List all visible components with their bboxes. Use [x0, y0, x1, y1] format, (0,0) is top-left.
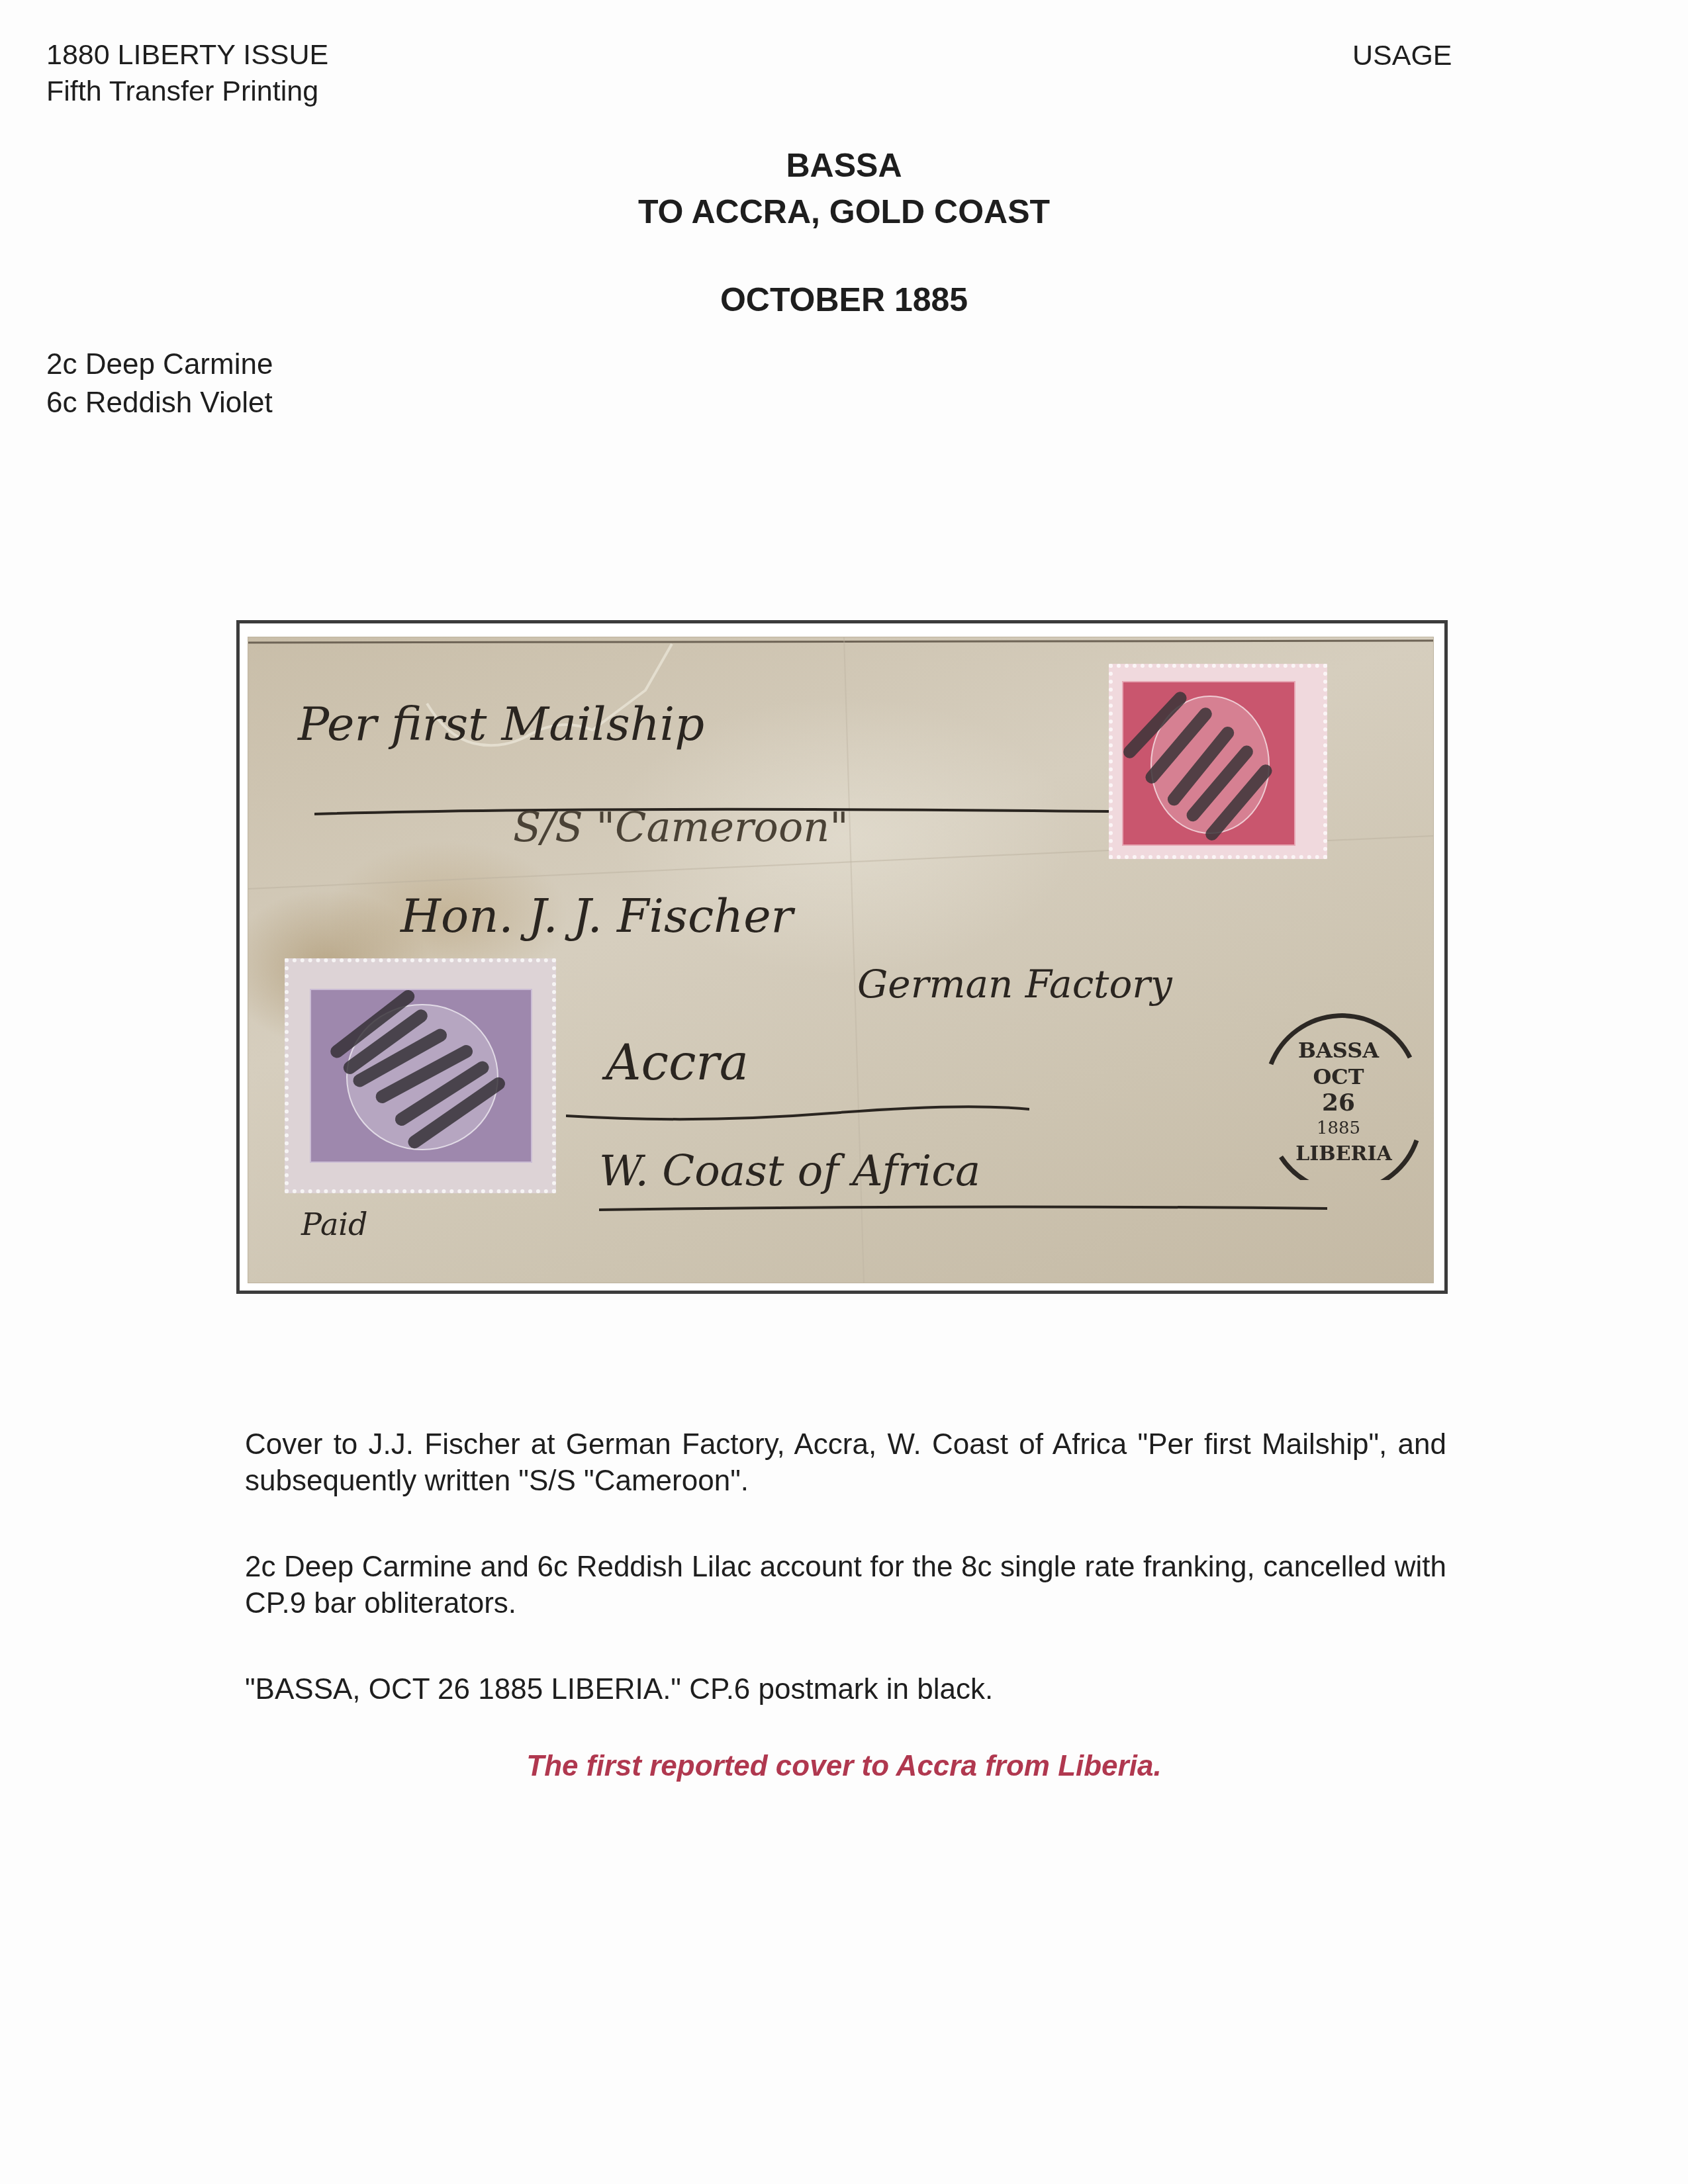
cover-image: Per first Mailship S/S "Cameroon" Hon. J… [248, 637, 1433, 1283]
bar-obliterator-icon [1123, 682, 1294, 846]
title-date: OCTOBER 1885 [0, 281, 1688, 319]
svg-text:1885: 1885 [1317, 1118, 1360, 1138]
stamp-list-item: 2c Deep Carmine [46, 345, 273, 384]
bar-obliterator-icon [311, 990, 531, 1165]
description-paragraph: "BASSA, OCT 26 1885 LIBERIA." CP.6 postm… [245, 1671, 1446, 1707]
description-text: "BASSA, OCT 26 1885 LIBERIA." CP.6 postm… [245, 1671, 1446, 1707]
handwritten-ship-name: S/S "Cameroon" [513, 803, 849, 851]
section-label: USAGE [1352, 40, 1452, 72]
handwritten-routing: Per first Mailship [298, 697, 704, 751]
handwritten-city: Accra [606, 1034, 749, 1091]
svg-text:BASSA: BASSA [1298, 1038, 1380, 1063]
title-destination: TO ACCRA, GOLD COAST [0, 189, 1688, 235]
svg-text:OCT: OCT [1313, 1064, 1364, 1089]
printing-subtitle: Fifth Transfer Printing [46, 73, 328, 110]
svg-text:LIBERIA: LIBERIA [1295, 1142, 1392, 1165]
stamp-list: 2c Deep Carmine 6c Reddish Violet [46, 345, 273, 422]
underline-icon [566, 1104, 1029, 1124]
highlight-note: The first reported cover to Accra from L… [0, 1750, 1688, 1783]
postmark-bassa-icon: BASSA OCT 26 1885 LIBERIA [1251, 1005, 1427, 1180]
handwritten-paid: Paid [301, 1206, 367, 1242]
title-origin: BASSA [0, 142, 1688, 189]
underline-icon [599, 1203, 1327, 1216]
handwritten-region: W. Coast of Africa [599, 1147, 980, 1196]
description-text: Cover to J.J. Fischer at German Factory,… [245, 1426, 1446, 1499]
description-paragraph: 2c Deep Carmine and 6c Reddish Lilac acc… [245, 1549, 1446, 1621]
handwritten-company: German Factory [857, 962, 1172, 1007]
stamp-6c-reddish-violet [285, 958, 556, 1193]
description-text: 2c Deep Carmine and 6c Reddish Lilac acc… [245, 1549, 1446, 1621]
page-title: BASSA TO ACCRA, GOLD COAST [0, 142, 1688, 235]
svg-text:26: 26 [1322, 1089, 1355, 1116]
description-paragraph: Cover to J.J. Fischer at German Factory,… [245, 1426, 1446, 1499]
issue-title: 1880 LIBERTY ISSUE [46, 37, 328, 73]
stamp-2c-deep-carmine [1109, 664, 1327, 859]
handwritten-addressee: Hon. J. J. Fischer [400, 889, 793, 943]
stamp-list-item: 6c Reddish Violet [46, 384, 273, 422]
page-header-left: 1880 LIBERTY ISSUE Fifth Transfer Printi… [46, 37, 328, 110]
